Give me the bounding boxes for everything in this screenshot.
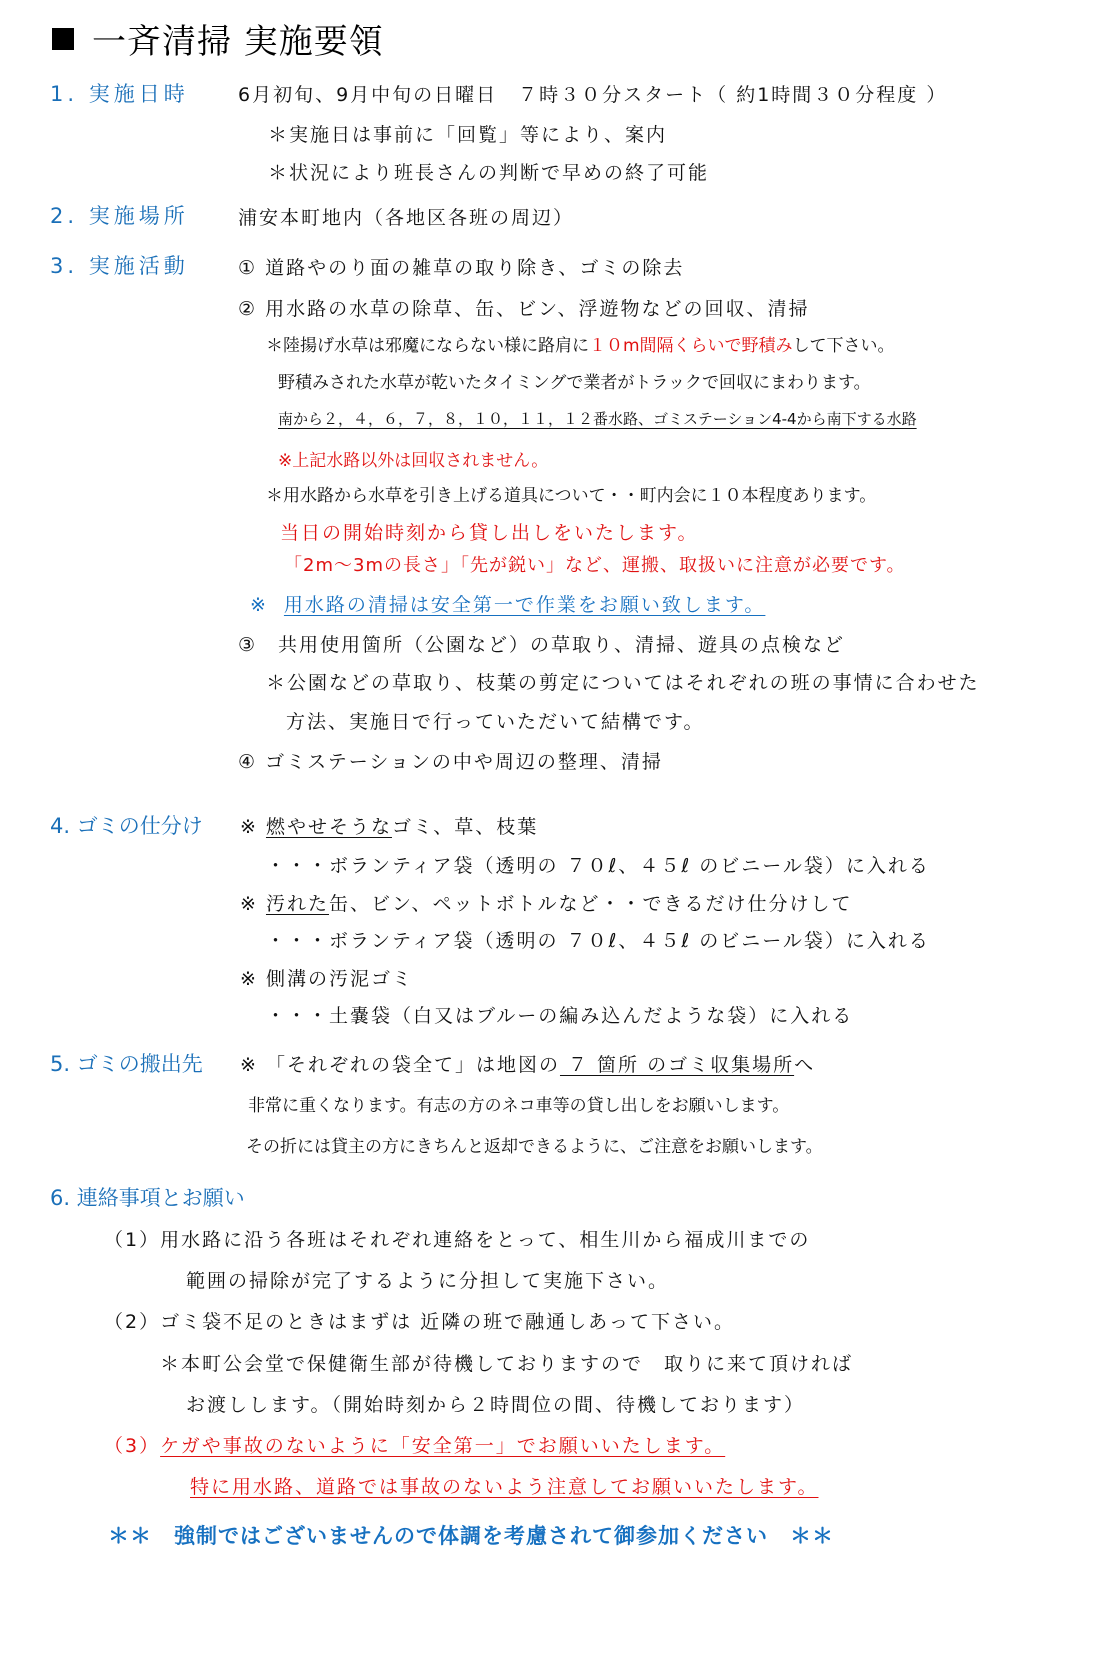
- request-3-cont: 特に用水路、道路では事故のないよう注意してお願いいたします。: [190, 1472, 818, 1499]
- request-1: （1）用水路に沿う各班はそれぞれ連絡をとって、相生川から福成川までの: [104, 1225, 810, 1252]
- note-not-collected: ※上記水路以外は回収されません。: [278, 446, 548, 471]
- section-1-schedule: 6月初旬、9月中旬の日曜日 ７時３０分スタート（ 約1時間３０分程度 ）: [238, 80, 947, 107]
- note-safety: ※用水路の清掃は安全第一で作業をお願い致します。: [250, 590, 765, 617]
- section-6-heading: 6. 連絡事項とお願い: [50, 1182, 245, 1212]
- request-1-cont: 範囲の掃除が完了するように分担して実施下さい。: [186, 1266, 669, 1293]
- request-2: （2）ゴミ袋不足のときはまずは 近隣の班で融通しあって下さい。: [104, 1307, 735, 1334]
- section-1-heading: 1. 実施日時: [50, 78, 189, 108]
- section-1-note-circular: ＊実施日は事前に「回覧」等により、案内: [268, 120, 667, 147]
- request-2-note-cont: お渡しします。（開始時刻から２時間位の間、待機しております）: [186, 1390, 805, 1417]
- note-interval-highlight: １０m間隔くらいで野積み: [589, 336, 793, 356]
- activity-item-1: ① 道路やのり面の雑草の取り除き、ゴミの除去: [238, 253, 684, 280]
- disposal-heavy-note: 非常に重くなります。有志の方のネコ車等の貸し出しをお願いします。: [248, 1091, 789, 1116]
- disposal-destination: ※ 「それぞれの袋全て」は地図の ７ 箇所 のゴミ収集場所へ: [240, 1050, 815, 1077]
- note-water-weeds: ＊陸揚げ水草は邪魔にならない様に路肩に１０m間隔くらいで野積みして下さい。: [266, 331, 895, 356]
- section-3-heading: 3. 実施活動: [50, 250, 189, 280]
- request-3: （3）ケガや事故のないように「安全第一」でお願いいたします。: [104, 1431, 725, 1458]
- note-truck-collection: 野積みされた水草が乾いたタイミングで業者がトラックで回収にまわります。: [278, 368, 871, 393]
- disposal-return-note: その折には貸主の方にきちんと返却できるように、ご注意をお願いします。: [246, 1132, 823, 1157]
- black-square-icon: [52, 28, 74, 50]
- section-2-location: 浦安本町地内（各地区各班の周辺）: [238, 203, 574, 230]
- section-5-heading: 5. ゴミの搬出先: [50, 1048, 203, 1078]
- activity-item-2: ② 用水路の水草の除草、缶、ビン、浮遊物などの回収、清掃: [238, 294, 810, 321]
- sorting-cans-bag: ・・・ボランティア袋（透明の ７０ℓ、４５ℓ のビニール袋）に入れる: [266, 926, 930, 953]
- note-tools: ＊用水路から水草を引き上げる道具について・・町内会に１０本程度あります。: [266, 481, 876, 506]
- note-lending: 当日の開始時刻から貸し出しをいたします。: [280, 518, 698, 545]
- section-2-heading: 2. 実施場所: [50, 200, 189, 230]
- sorting-sludge: ※ 側溝の汚泥ゴミ: [240, 964, 413, 991]
- reference-mark-icon: ※: [250, 594, 268, 616]
- note-waterways-list: 南から２，４，６，７，８，１０，１１，１２番水路、ゴミステーション4-4から南下…: [278, 408, 917, 429]
- participation-banner: ＊＊ 強制ではございませんので体調を考慮されて御参加ください ＊＊: [108, 1520, 834, 1550]
- request-2-note: ＊本町公会堂で保健衛生部が待機しておりますので 取りに来て頂ければ: [160, 1349, 853, 1376]
- note-parks: ＊公園などの草取り、枝葉の剪定についてはそれぞれの班の事情に合わせた: [266, 668, 980, 695]
- sorting-cans: ※ 汚れた缶、ビン、ペットボトルなど・・できるだけ仕分けして: [240, 889, 852, 916]
- activity-item-4: ④ ゴミステーションの中や周辺の整理、清掃: [238, 747, 663, 774]
- section-4-heading: 4. ゴミの仕分け: [50, 810, 203, 840]
- note-parks-cont: 方法、実施日で行っていただいて結構です。: [286, 707, 704, 734]
- sorting-sludge-bag: ・・・土嚢袋（白又はブルーの編み込んだような袋）に入れる: [266, 1001, 853, 1028]
- section-1-note-early-end: ＊状況により班長さんの判断で早めの終了可能: [268, 158, 709, 185]
- note-tool-caution: 「2m～3mの長さ」「先が鋭い」など、運搬、取扱いに注意が必要です。: [284, 551, 906, 577]
- activity-item-3: ③ 共用使用箇所（公園など）の草取り、清掃、遊具の点検など: [238, 630, 845, 657]
- page-title: 一斉清掃 実施要領: [52, 14, 384, 63]
- sorting-burnable: ※ 燃やせそうなゴミ、草、枝葉: [240, 812, 538, 839]
- sorting-burnable-bag: ・・・ボランティア袋（透明の ７０ℓ、４５ℓ のビニール袋）に入れる: [266, 851, 930, 878]
